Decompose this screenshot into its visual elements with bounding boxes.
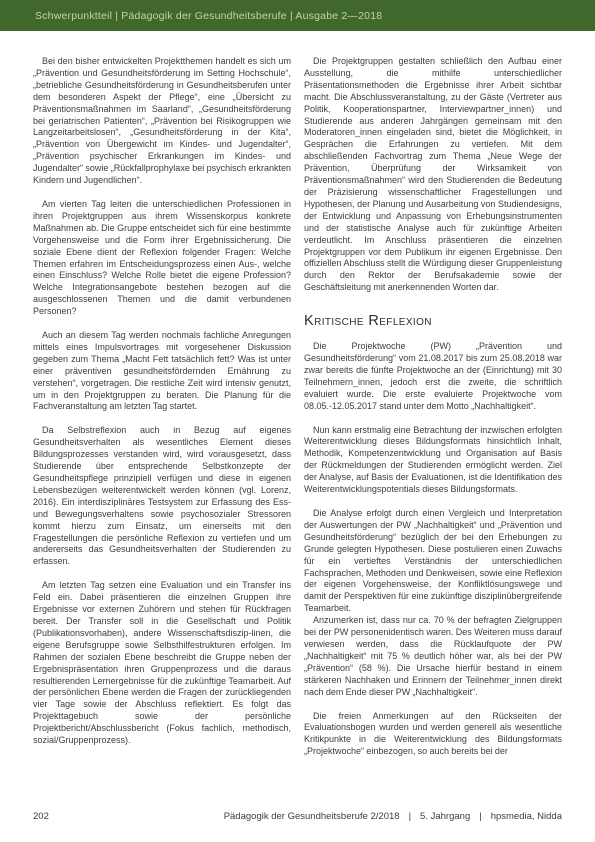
page-footer: 202 Pädagogik der Gesundheitsberufe 2/20… bbox=[33, 811, 562, 822]
journal-page: Schwerpunktteil | Pädagogik der Gesundhe… bbox=[0, 0, 595, 842]
header-running-title: Schwerpunktteil | Pädagogik der Gesundhe… bbox=[35, 10, 382, 22]
paragraph: Die Projektwoche (PW) „Prävention und Ge… bbox=[304, 341, 562, 412]
footer-separator: | bbox=[409, 811, 411, 822]
paragraph: Anzumerken ist, dass nur ca. 70 % der be… bbox=[304, 615, 562, 698]
paragraph: Die Projektgruppen gestalten schließlich… bbox=[304, 56, 562, 294]
page-number: 202 bbox=[33, 811, 49, 822]
footer-volume: 5. Jahrgang bbox=[420, 811, 470, 822]
paragraph: Am letzten Tag setzen eine Evaluation un… bbox=[33, 580, 291, 747]
paragraph: Am vierten Tag leiten die unterschiedlic… bbox=[33, 199, 291, 318]
footer-meta: Pädagogik der Gesundheitsberufe 2/2018 |… bbox=[224, 811, 562, 822]
footer-publisher: hpsmedia, Nidda bbox=[491, 811, 562, 822]
left-column: Bei den bisher entwickelten Projekttheme… bbox=[33, 56, 291, 792]
paragraph: Auch an diesem Tag werden nochmals fachl… bbox=[33, 330, 291, 413]
paragraph: Nun kann erstmalig eine Betrachtung der … bbox=[304, 425, 562, 496]
paragraph: Die freien Anmerkungen auf den Rückseite… bbox=[304, 711, 562, 759]
footer-journal-issue: Pädagogik der Gesundheitsberufe 2/2018 bbox=[224, 811, 400, 822]
page-header-bar: Schwerpunktteil | Pädagogik der Gesundhe… bbox=[0, 0, 595, 31]
section-heading-kritische-reflexion: Kritische Reflexion bbox=[304, 313, 562, 329]
right-column: Die Projektgruppen gestalten schließlich… bbox=[304, 56, 562, 792]
paragraph: Bei den bisher entwickelten Projekttheme… bbox=[33, 56, 291, 187]
paragraph: Da Selbstreflexion auch in Bezug auf eig… bbox=[33, 425, 291, 568]
paragraph: Die Analyse erfolgt durch einen Vergleic… bbox=[304, 508, 562, 615]
footer-separator: | bbox=[479, 811, 481, 822]
page-content: Bei den bisher entwickelten Projekttheme… bbox=[33, 56, 562, 792]
